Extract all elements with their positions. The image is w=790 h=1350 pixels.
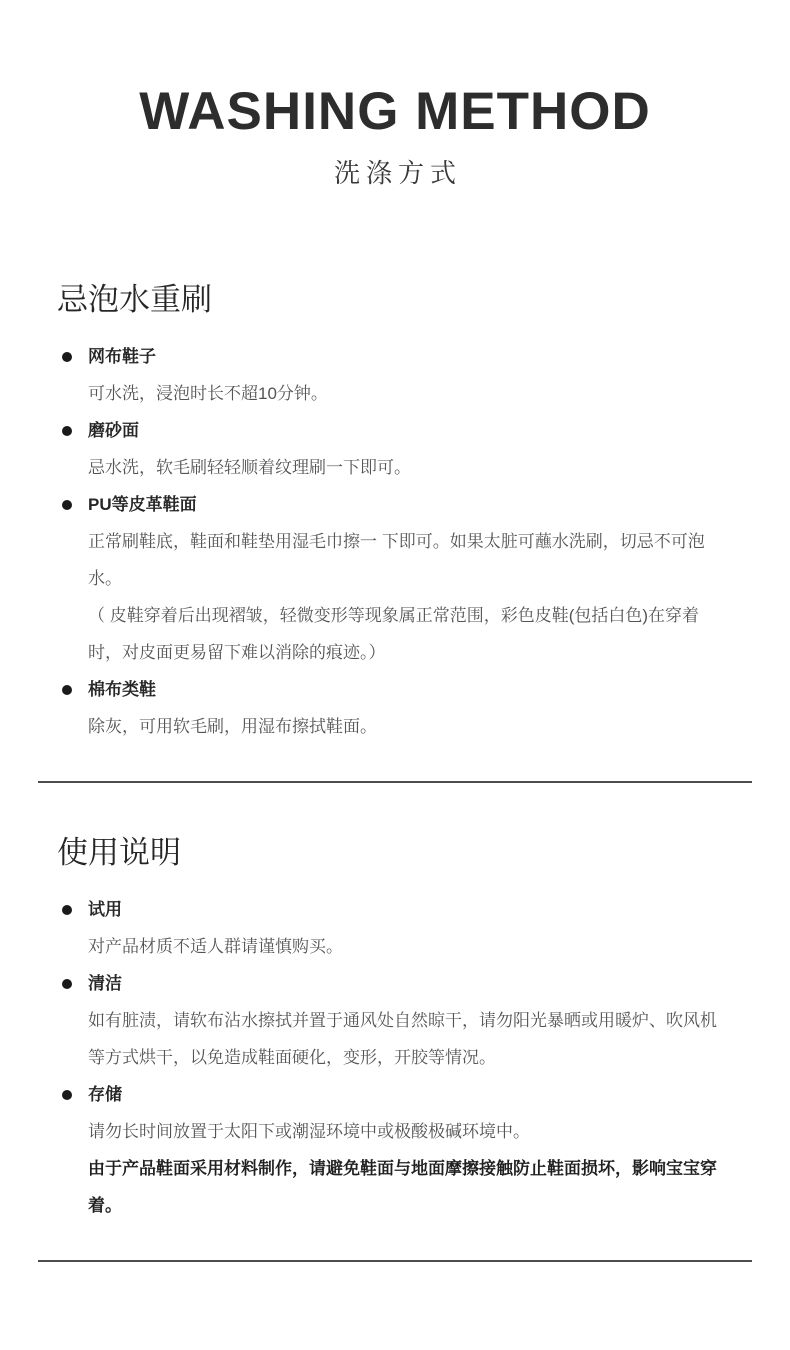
care-item: PU等皮革鞋面正常刷鞋底，鞋面和鞋垫用湿毛巾擦一 下即可。如果太脏可蘸水洗刷，切…	[57, 486, 720, 671]
item-text: 正常刷鞋底，鞋面和鞋垫用湿毛巾擦一 下即可。如果太脏可蘸水洗刷，切忌不可泡水。	[88, 523, 720, 597]
item-body: 棉布类鞋除灰，可用软毛刷，用湿布擦拭鞋面。	[88, 671, 720, 745]
item-text: 请勿长时间放置于太阳下或潮湿环境中或极酸极碱环境中。	[88, 1113, 720, 1150]
item-body: 试用对产品材质不适人群请谨慎购买。	[88, 891, 720, 965]
item-body: 清洁如有脏渍，请软布沾水擦拭并置于通风处自然晾干，请勿阳光暴晒或用暖炉、吹风机等…	[88, 965, 720, 1076]
item-title: 棉布类鞋	[88, 671, 720, 708]
item-list: 试用对产品材质不适人群请谨慎购买。清洁如有脏渍，请软布沾水擦拭并置于通风处自然晾…	[57, 891, 720, 1150]
bullet-dot-icon	[62, 1090, 72, 1100]
care-item: 存储请勿长时间放置于太阳下或潮湿环境中或极酸极碱环境中。	[57, 1076, 720, 1150]
page-header: WASHING METHOD 洗涤方式	[0, 0, 790, 190]
item-body: 存储请勿长时间放置于太阳下或潮湿环境中或极酸极碱环境中。	[88, 1076, 720, 1150]
care-item: 试用对产品材质不适人群请谨慎购买。	[57, 891, 720, 965]
section-note: 由于产品鞋面采用材料制作，请避免鞋面与地面摩擦接触防止鞋面损坏，影响宝宝穿着。	[88, 1150, 720, 1224]
bullet-dot-icon	[62, 352, 72, 362]
bullet-dot-icon	[62, 685, 72, 695]
item-body: 磨砂面忌水洗，软毛刷轻轻顺着纹理刷一下即可。	[88, 412, 720, 486]
content-area: 忌泡水重刷网布鞋子可水洗，浸泡时长不超10分钟。磨砂面忌水洗，软毛刷轻轻顺着纹理…	[0, 230, 790, 1262]
section-divider	[38, 1260, 752, 1262]
bullet-dot-icon	[62, 500, 72, 510]
washing-method-page: WASHING METHOD 洗涤方式 忌泡水重刷网布鞋子可水洗，浸泡时长不超1…	[0, 0, 790, 1262]
item-title: 清洁	[88, 965, 720, 1002]
item-text: 可水洗，浸泡时长不超10分钟。	[88, 375, 720, 412]
bullet-dot-icon	[62, 979, 72, 989]
care-item: 棉布类鞋除灰，可用软毛刷，用湿布擦拭鞋面。	[57, 671, 720, 745]
section-heading: 使用说明	[57, 833, 720, 873]
bullet-dot-icon	[62, 905, 72, 915]
item-text: 对产品材质不适人群请谨慎购买。	[88, 928, 720, 965]
item-title: 磨砂面	[88, 412, 720, 449]
item-title: PU等皮革鞋面	[88, 486, 720, 523]
item-body: PU等皮革鞋面正常刷鞋底，鞋面和鞋垫用湿毛巾擦一 下即可。如果太脏可蘸水洗刷，切…	[88, 486, 720, 671]
item-text: （ 皮鞋穿着后出现褶皱，轻微变形等现象属正常范围，彩色皮鞋(包括白色)在穿着时，…	[88, 597, 720, 671]
item-text: 忌水洗，软毛刷轻轻顺着纹理刷一下即可。	[88, 449, 720, 486]
item-title: 试用	[88, 891, 720, 928]
item-list: 网布鞋子可水洗，浸泡时长不超10分钟。磨砂面忌水洗，软毛刷轻轻顺着纹理刷一下即可…	[57, 338, 720, 745]
care-item: 磨砂面忌水洗，软毛刷轻轻顺着纹理刷一下即可。	[57, 412, 720, 486]
bullet-dot-icon	[62, 426, 72, 436]
page-subtitle: 洗涤方式	[0, 156, 790, 190]
item-body: 网布鞋子可水洗，浸泡时长不超10分钟。	[88, 338, 720, 412]
section-heading: 忌泡水重刷	[57, 280, 720, 320]
care-section: 使用说明试用对产品材质不适人群请谨慎购买。清洁如有脏渍，请软布沾水擦拭并置于通风…	[0, 783, 790, 1224]
care-section: 忌泡水重刷网布鞋子可水洗，浸泡时长不超10分钟。磨砂面忌水洗，软毛刷轻轻顺着纹理…	[0, 230, 790, 745]
care-item: 清洁如有脏渍，请软布沾水擦拭并置于通风处自然晾干，请勿阳光暴晒或用暖炉、吹风机等…	[57, 965, 720, 1076]
item-text: 除灰，可用软毛刷，用湿布擦拭鞋面。	[88, 708, 720, 745]
item-text: 如有脏渍，请软布沾水擦拭并置于通风处自然晾干，请勿阳光暴晒或用暖炉、吹风机等方式…	[88, 1002, 720, 1076]
page-title: WASHING METHOD	[0, 84, 790, 140]
item-title: 网布鞋子	[88, 338, 720, 375]
item-title: 存储	[88, 1076, 720, 1113]
care-item: 网布鞋子可水洗，浸泡时长不超10分钟。	[57, 338, 720, 412]
